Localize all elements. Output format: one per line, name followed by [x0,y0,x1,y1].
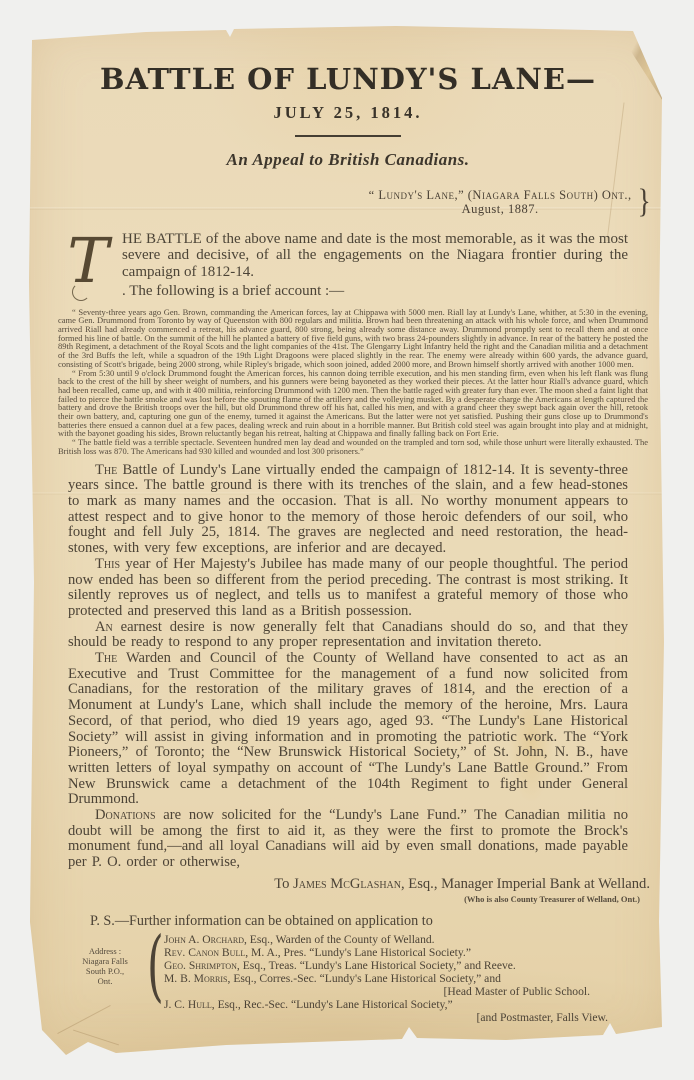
page-title: BATTLE OF LUNDY'S LANE— [68,62,628,96]
battle-account: “ Seventy-three years ago Gen. Brown, co… [58,308,648,456]
wrinkle [73,1030,119,1046]
dateline-brace: } [637,183,650,221]
account-lead-in: . The following is a brief account :— [68,283,628,299]
appeal-body: The Battle of Lundy's Lane virtually end… [68,463,628,871]
body-paragraph: Donations are now solicited for the “Lun… [68,808,628,871]
payee-line: To James McGlashan, Esq., Manager Imperi… [68,876,650,893]
dateline-date: August, 1887. [369,202,632,216]
ornate-drop-cap: T [62,231,114,297]
payee-name: James McGlashan [293,876,401,892]
address-label: Address : Niagara Falls South P.O., Ont. [68,946,142,1024]
body-paragraph: This year of Her Majesty's Jubilee has m… [68,557,628,620]
appeal-subtitle: An Appeal to British Canadians. [68,150,628,170]
contact-row: John A. Orchard, Esq., Warden of the Cou… [164,933,628,946]
contact-row: M. B. Morris, Esq., Corres.-Sec. “Lundy'… [164,972,628,985]
contact-row: Rev. Canon Bull, M. A., Pres. “Lundy's L… [164,946,628,959]
account-paragraph-3: “ The battle field was a terrible specta… [58,438,648,455]
contact-continuation: [and Postmaster, Falls View. [164,1011,628,1024]
intro-paragraph: T HE BATTLE of the above name and date i… [68,231,628,300]
contact-row: Geo. Shrimpton, Esq., Treas. “Lundy's La… [164,959,628,972]
body-paragraph: An earnest desire is now generally felt … [68,620,628,651]
body-paragraph: The Warden and Council of the County of … [68,651,628,808]
payee-note: (Who is also County Treasurer of Welland… [68,894,640,904]
dateline: “ Lundy's Lane,” (Niagara Falls South) O… [369,183,652,221]
body-paragraph: The Battle of Lundy's Lane virtually end… [68,463,628,557]
dateline-place: “ Lundy's Lane,” (Niagara Falls South) O… [369,188,632,202]
contact-continuation: [Head Master of Public School. [164,985,628,998]
battle-date: JULY 25, 1814. [68,103,628,123]
account-paragraph-2: “ From 5:30 until 9 o'clock Drummond fou… [58,369,648,439]
document-sheet: BATTLE OF LUNDY'S LANE— JULY 25, 1814. A… [26,22,672,1060]
contact-row: J. C. Hull, Esq., Rec.-Sec. “Lundy's Lan… [164,998,628,1011]
intro-text: HE BATTLE of the above name and date is … [122,231,628,280]
contact-list: John A. Orchard, Esq., Warden of the Cou… [164,933,628,1024]
address-brace: ( [147,935,159,1024]
divider-rule [295,135,401,137]
account-paragraph-1: “ Seventy-three years ago Gen. Brown, co… [58,308,648,369]
contact-block: Address : Niagara Falls South P.O., Ont.… [68,933,628,1024]
